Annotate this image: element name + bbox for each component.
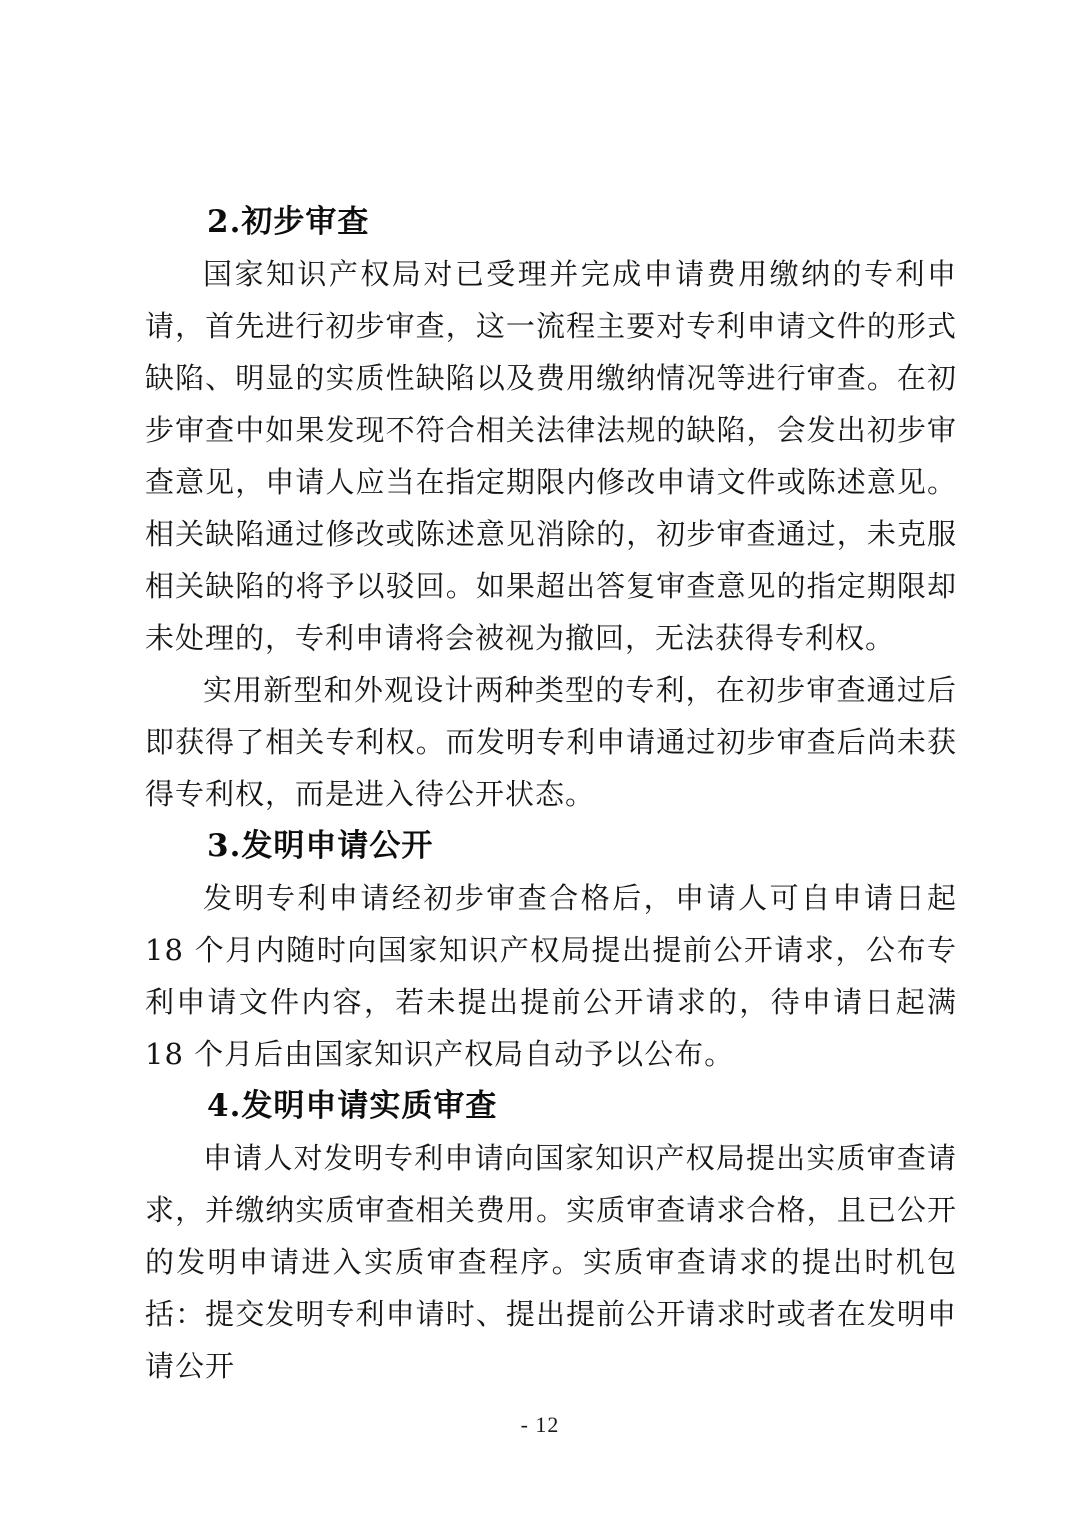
page-footer: - 12: [0, 1412, 1080, 1438]
section-substantive-examination: 4.发明申请实质审查 申请人对发明专利申请向国家知识产权局提出实质审查请求，并缴…: [145, 1080, 957, 1392]
document-page: 2.初步审查 国家知识产权局对已受理并完成申请费用缴纳的专利申请，首先进行初步审…: [0, 0, 1080, 1527]
heading-preliminary-examination: 2.初步审查: [145, 196, 957, 248]
paragraph-substantive-examination-1: 申请人对发明专利申请向国家知识产权局提出实质审查请求，并缴纳实质审查相关费用。实…: [145, 1132, 957, 1392]
heading-substantive-examination: 4.发明申请实质审查: [145, 1080, 957, 1132]
paragraph-preliminary-examination-2: 实用新型和外观设计两种类型的专利，在初步审查通过后即获得了相关专利权。而发明专利…: [145, 664, 957, 820]
document-body: 2.初步审查 国家知识产权局对已受理并完成申请费用缴纳的专利申请，首先进行初步审…: [145, 196, 957, 1392]
section-preliminary-examination: 2.初步审查 国家知识产权局对已受理并完成申请费用缴纳的专利申请，首先进行初步审…: [145, 196, 957, 820]
heading-invention-publication: 3.发明申请公开: [145, 820, 957, 872]
section-invention-publication: 3.发明申请公开 发明专利申请经初步审查合格后，申请人可自申请日起 18 个月内…: [145, 820, 957, 1080]
page-number: - 12: [521, 1412, 560, 1437]
paragraph-preliminary-examination-1: 国家知识产权局对已受理并完成申请费用缴纳的专利申请，首先进行初步审查，这一流程主…: [145, 248, 957, 664]
paragraph-invention-publication-1: 发明专利申请经初步审查合格后，申请人可自申请日起 18 个月内随时向国家知识产权…: [145, 872, 957, 1080]
